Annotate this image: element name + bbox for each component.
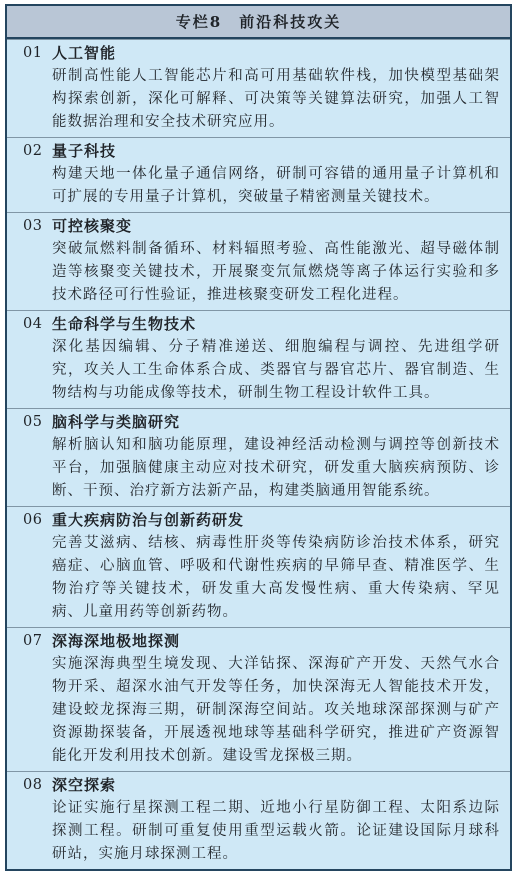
item-content: 量子科技 构建天地一体化量子通信网络，研制可容错的通用量子计算机和可扩展的专用量… — [52, 140, 500, 209]
list-item: 08 深空探索 论证实施行星探测工程二期、近地小行星防御工程、太阳系边际探测工程… — [7, 771, 510, 869]
column-panel: 专栏8 前沿科技攻关 01 人工智能 研制高性能人工智能芯片和高可用基础软件栈，… — [5, 4, 512, 871]
item-body: 深化基因编辑、分子精准递送、细胞编程与调控、先进组学研究，攻关人工生命体系合成、… — [52, 336, 500, 405]
item-body: 解析脑认知和脑功能原理，建设神经活动检测与调控等创新技术平台，加强脑健康主动应对… — [52, 434, 500, 503]
item-number: 02 — [23, 140, 52, 163]
panel-title: 专栏8 前沿科技攻关 — [7, 6, 510, 39]
item-body: 构建天地一体化量子通信网络，研制可容错的通用量子计算机和可扩展的专用量子计算机，… — [52, 163, 500, 209]
item-title: 生命科学与生物技术 — [52, 313, 500, 336]
item-title: 人工智能 — [52, 42, 500, 65]
item-body: 完善艾滋病、结核、病毒性肝炎等传染病防诊治技术体系，研究癌症、心脑血管、呼吸和代… — [52, 532, 500, 624]
item-number: 08 — [23, 774, 52, 797]
list-item: 04 生命科学与生物技术 深化基因编辑、分子精准递送、细胞编程与调控、先进组学研… — [7, 310, 510, 408]
item-title: 可控核聚变 — [52, 215, 500, 238]
item-content: 人工智能 研制高性能人工智能芯片和高可用基础软件栈，加快模型基础架构探索创新，深… — [52, 42, 500, 134]
item-content: 重大疾病防治与创新药研发 完善艾滋病、结核、病毒性肝炎等传染病防诊治技术体系，研… — [52, 509, 500, 624]
list-item: 02 量子科技 构建天地一体化量子通信网络，研制可容错的通用量子计算机和可扩展的… — [7, 137, 510, 212]
item-number: 05 — [23, 411, 52, 434]
item-number: 04 — [23, 313, 52, 336]
item-number: 06 — [23, 509, 52, 532]
item-body: 研制高性能人工智能芯片和高可用基础软件栈，加快模型基础架构探索创新，深化可解释、… — [52, 65, 500, 134]
item-content: 脑科学与类脑研究 解析脑认知和脑功能原理，建设神经活动检测与调控等创新技术平台，… — [52, 411, 500, 503]
list-item: 01 人工智能 研制高性能人工智能芯片和高可用基础软件栈，加快模型基础架构探索创… — [7, 39, 510, 137]
item-body: 论证实施行星探测工程二期、近地小行星防御工程、太阳系边际探测工程。研制可重复使用… — [52, 797, 500, 866]
list-item: 03 可控核聚变 突破氚燃料制备循环、材料辐照考验、高性能激光、超导磁体制造等核… — [7, 212, 510, 310]
item-content: 生命科学与生物技术 深化基因编辑、分子精准递送、细胞编程与调控、先进组学研究，攻… — [52, 313, 500, 405]
item-title: 脑科学与类脑研究 — [52, 411, 500, 434]
item-content: 可控核聚变 突破氚燃料制备循环、材料辐照考验、高性能激光、超导磁体制造等核聚变关… — [52, 215, 500, 307]
item-number: 07 — [23, 630, 52, 653]
item-content: 深空探索 论证实施行星探测工程二期、近地小行星防御工程、太阳系边际探测工程。研制… — [52, 774, 500, 866]
list-item: 05 脑科学与类脑研究 解析脑认知和脑功能原理，建设神经活动检测与调控等创新技术… — [7, 408, 510, 506]
item-number: 03 — [23, 215, 52, 238]
item-title: 重大疾病防治与创新药研发 — [52, 509, 500, 532]
item-body: 突破氚燃料制备循环、材料辐照考验、高性能激光、超导磁体制造等核聚变关键技术，开展… — [52, 238, 500, 307]
item-number: 01 — [23, 42, 52, 65]
item-body: 实施深海典型生境发现、大洋钻探、深海矿产开发、天然气水合物开采、超深水油气开发等… — [52, 653, 500, 768]
item-content: 深海深地极地探测 实施深海典型生境发现、大洋钻探、深海矿产开发、天然气水合物开采… — [52, 630, 500, 768]
document-page: 专栏8 前沿科技攻关 01 人工智能 研制高性能人工智能芯片和高可用基础软件栈，… — [0, 0, 517, 879]
list-item: 06 重大疾病防治与创新药研发 完善艾滋病、结核、病毒性肝炎等传染病防诊治技术体… — [7, 506, 510, 627]
item-title: 深海深地极地探测 — [52, 630, 500, 653]
list-item: 07 深海深地极地探测 实施深海典型生境发现、大洋钻探、深海矿产开发、天然气水合… — [7, 627, 510, 771]
item-title: 量子科技 — [52, 140, 500, 163]
item-title: 深空探索 — [52, 774, 500, 797]
